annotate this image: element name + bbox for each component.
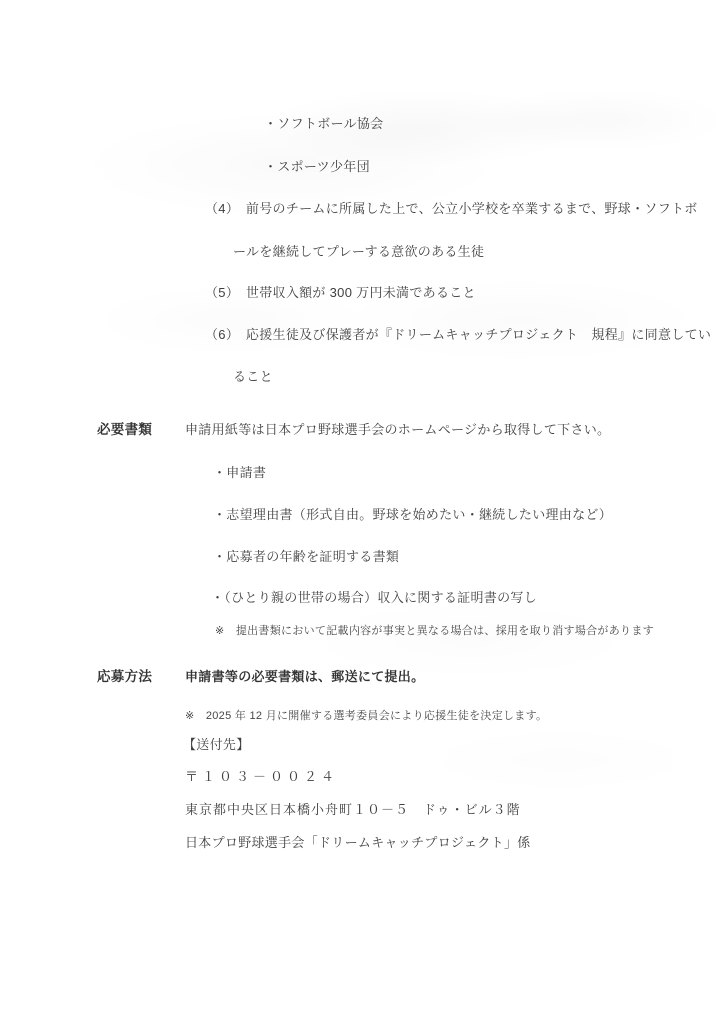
team-type-bullet: ・ソフトボール協会 bbox=[264, 115, 383, 133]
scanned-document-page: ・ソフトボール協会 ・スポーツ少年団 （4） 前号のチームに所属した上で、公立小… bbox=[0, 0, 724, 1024]
eligibility-item-4-line-1: （4） 前号のチームに所属した上で、公立小学校を卒業するまで、野球・ソフトボ bbox=[205, 200, 698, 218]
team-type-bullet: ・スポーツ少年団 bbox=[264, 158, 370, 176]
document-bullet: ・志望理由書（形式自由。野球を始めたい・継続したい理由など） bbox=[213, 506, 612, 524]
application-method-note: ※ 2025 年 12 月に開催する選考委員会により応援生徒を決定します。 bbox=[185, 707, 547, 725]
required-documents-intro: 申請用紙等は日本プロ野球選手会のホームページから取得して下さい。 bbox=[185, 421, 610, 439]
eligibility-item-6-line-1: （6） 応援生徒及び保護者が『ドリームキャッチプロジェクト 規程』に同意してい bbox=[205, 326, 711, 344]
document-bullet: ・（ひとり親の世帯の場合）収入に関する証明書の写し bbox=[211, 589, 537, 607]
postal-code: 〒１０３－００２４ bbox=[185, 768, 338, 786]
required-documents-label: 必要書類 bbox=[97, 421, 152, 439]
application-method-label: 応募方法 bbox=[97, 668, 152, 686]
send-to-heading: 【送付先】 bbox=[183, 736, 250, 754]
document-bullet: ・応募者の年齢を証明する書類 bbox=[213, 548, 399, 566]
application-method-headline: 申請書等の必要書類は、郵送にて提出。 bbox=[185, 668, 424, 686]
required-documents-note: ※ 提出書類において記載内容が事実と異なる場合は、採用を取り消す場合があります bbox=[215, 622, 654, 640]
eligibility-item-5: （5） 世帯収入額が 300 万円未満であること bbox=[205, 284, 476, 302]
eligibility-item-4-line-2: ールを継続してプレーする意欲のある生徒 bbox=[233, 243, 484, 261]
document-bullet: ・申請書 bbox=[213, 464, 266, 482]
recipient-line: 日本プロ野球選手会「ドリームキャッチプロジェクト」係 bbox=[185, 834, 531, 852]
eligibility-item-6-line-2: ること bbox=[233, 368, 273, 386]
street-address: 東京都中央区日本橋小舟町１０－５ ドゥ・ビル３階 bbox=[185, 801, 521, 819]
